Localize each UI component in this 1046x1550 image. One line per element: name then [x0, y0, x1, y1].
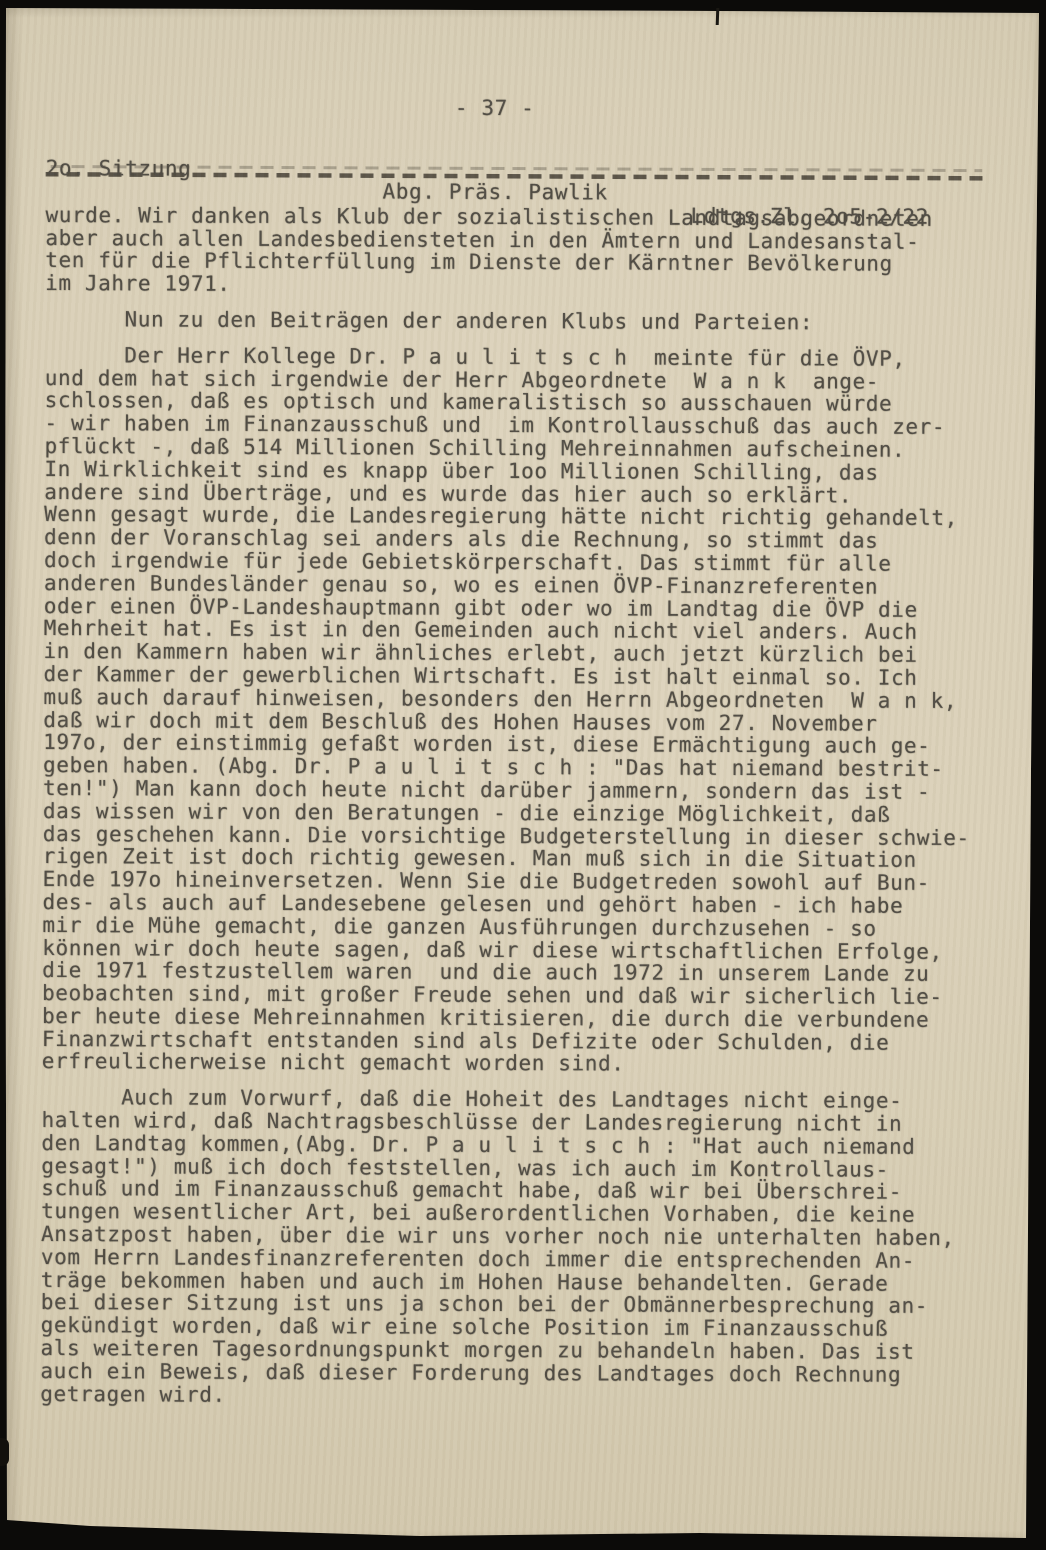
page-number: - 37 - [46, 95, 996, 122]
body-paragraph: Nun zu den Beiträgen der anderen Klubs u… [45, 308, 995, 335]
header-document-reference: Ldtgs.Zl. 2o5-2/22 [690, 205, 928, 229]
typed-content: - 37 - 2o. Sitzung Abg. Präs. Pawlik Ldt… [40, 95, 996, 1423]
body-paragraph: Der Herr Kollege Dr. P a u l i t s c h m… [42, 344, 995, 1078]
header-session-number: 2o. Sitzung [46, 157, 192, 180]
page-header: 2o. Sitzung Abg. Präs. Pawlik Ldtgs.Zl. … [46, 134, 996, 161]
body-paragraph: Auch zum Vorwurf, daß die Hoheit des Lan… [40, 1086, 991, 1409]
scan-artifact-tick [716, 8, 720, 25]
scanned-document: - 37 - 2o. Sitzung Abg. Präs. Pawlik Ldt… [0, 0, 1046, 1550]
scan-artifact-notch [0, 1438, 9, 1466]
paper-sheet: - 37 - 2o. Sitzung Abg. Präs. Pawlik Ldt… [0, 0, 1046, 1550]
speech-transcript: wurde. Wir danken als Klub der sozialist… [40, 204, 995, 1410]
header-speaker-name: Abg. Präs. Pawlik [383, 181, 608, 205]
